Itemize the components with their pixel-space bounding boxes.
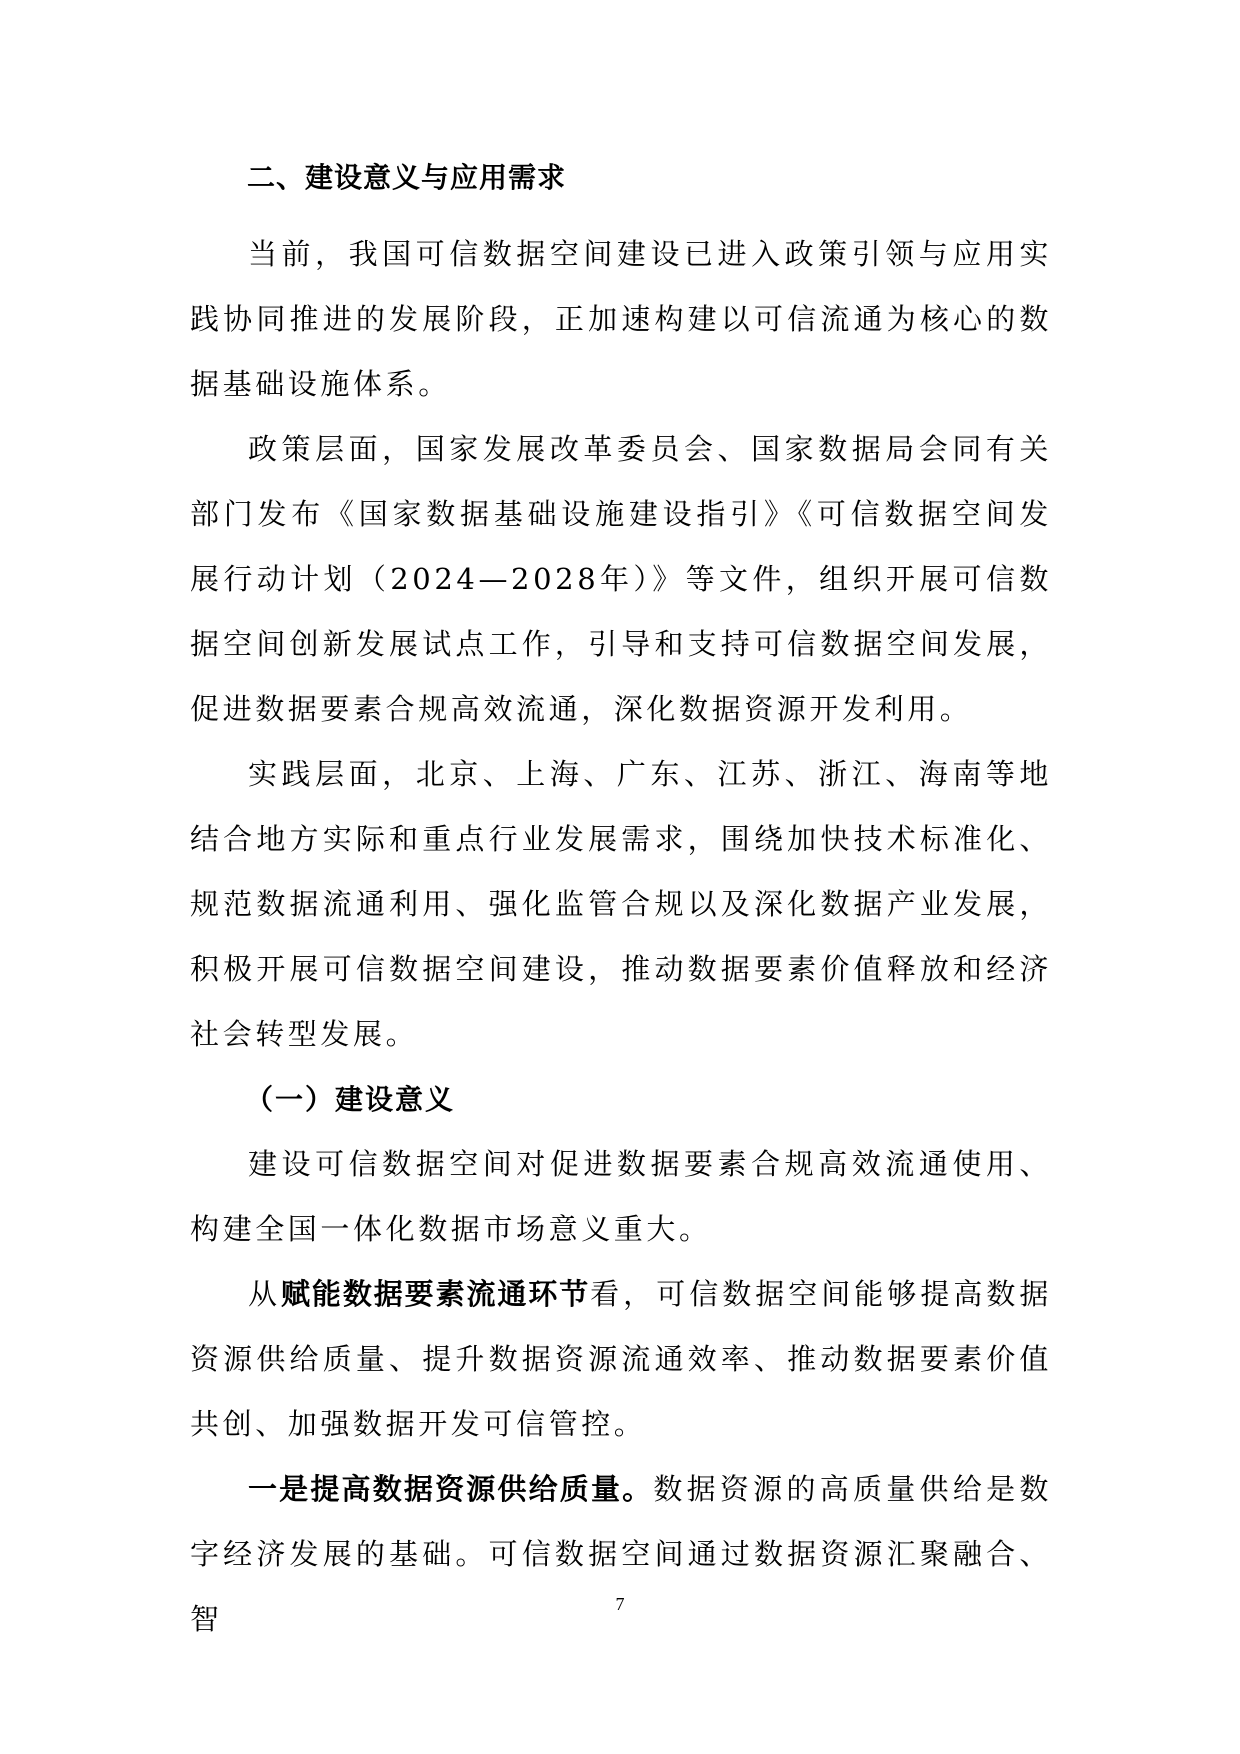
page-content: 二、建设意义与应用需求 当前，我国可信数据空间建设已进入政策引领与应用实践协同推… [190,160,1052,1652]
section-heading: 二、建设意义与应用需求 [190,160,1052,196]
paragraph-current-status: 当前，我国可信数据空间建设已进入政策引领与应用实践协同推进的发展阶段，正加速构建… [190,222,1052,417]
paragraph-prefix-text: 从 [248,1277,281,1311]
page-number: 7 [0,1593,1240,1615]
paragraph-first-point: 一是提高数据资源供给质量。数据资源的高质量供给是数字经济发展的基础。可信数据空间… [190,1457,1052,1652]
document-page: 二、建设意义与应用需求 当前，我国可信数据空间建设已进入政策引领与应用实践协同推… [0,0,1240,1754]
paragraph-enabling-circulation: 从赋能数据要素流通环节看，可信数据空间能够提高数据资源供给质量、提升数据资源流通… [190,1262,1052,1457]
bold-point-heading: 一是提高数据资源供给质量。 [248,1472,653,1506]
paragraph-significance: 建设可信数据空间对促进数据要素合规高效流通使用、构建全国一体化数据市场意义重大。 [190,1132,1052,1262]
paragraph-practice-level: 实践层面，北京、上海、广东、江苏、浙江、海南等地结合地方实际和重点行业发展需求，… [190,742,1052,1067]
bold-emphasis-text: 赋能数据要素流通环节 [281,1277,590,1311]
subsection-heading: （一）建设意义 [190,1067,1052,1132]
paragraph-policy-level: 政策层面，国家发展改革委员会、国家数据局会同有关部门发布《国家数据基础设施建设指… [190,417,1052,742]
